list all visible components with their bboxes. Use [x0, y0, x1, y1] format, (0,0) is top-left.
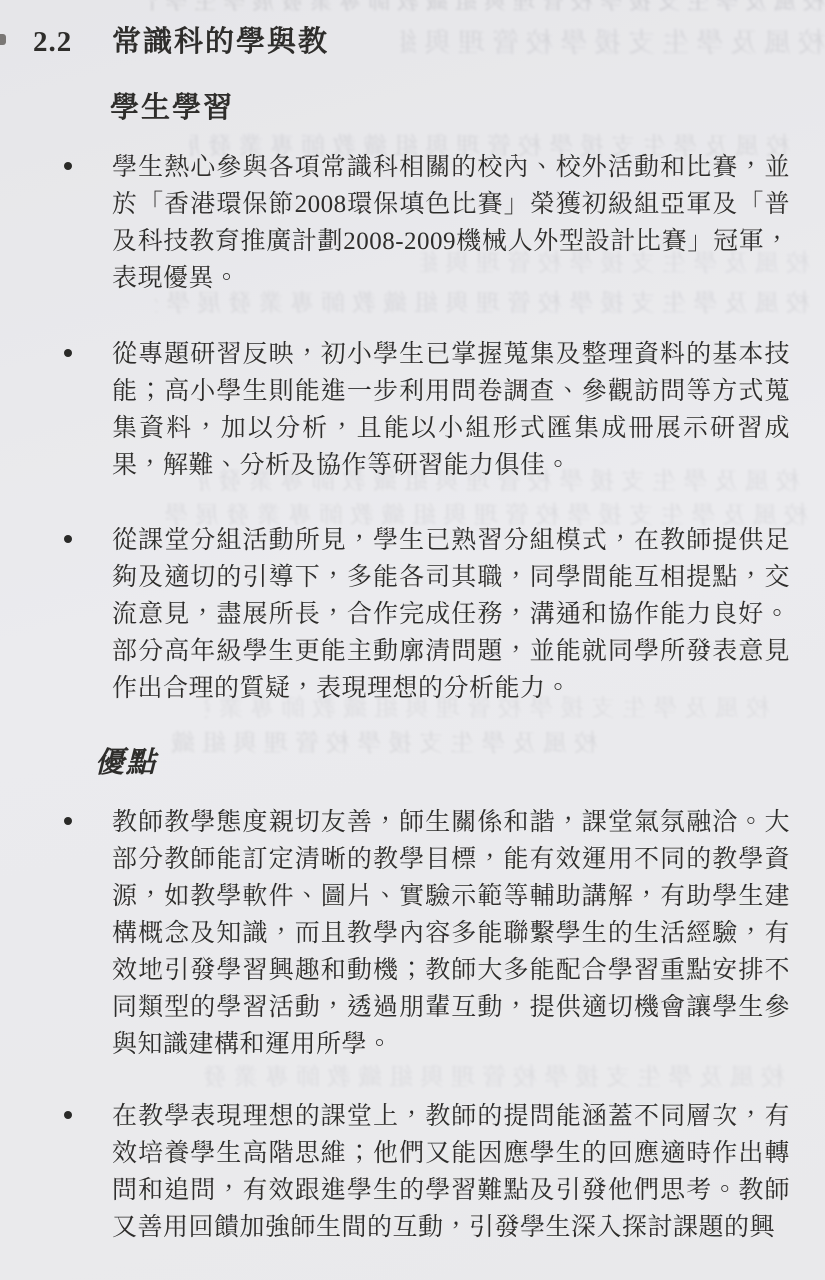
- text-line: 集資料，加以分析，且能以小組形式匯集成冊展示研習成: [112, 410, 790, 447]
- text-line: 從專題研習反映，初小學生已掌握蒐集及整理資料的基本技: [112, 336, 790, 373]
- bullet-icon: [64, 535, 72, 543]
- bullet-icon: [64, 162, 72, 170]
- scan-edge-smudge: [0, 34, 6, 45]
- subheading-student-learning: 學生學習: [110, 91, 234, 125]
- text-line: 與知識建構和運用所學。: [112, 1026, 790, 1063]
- text-line: 學生熱心參與各項常識科相關的校內、校外活動和比賽，並: [112, 149, 790, 186]
- document-page: { "page": { "background": "#e9e9eb", "te…: [0, 0, 825, 1280]
- section-title: 常識科的學與教: [112, 24, 329, 60]
- text-line: 構概念及知識，而且教學內容多能聯繫學生的生活經驗，有: [112, 915, 790, 952]
- text-line: 能；高小學生則能進一步利用問卷調查、參觀訪問等方式蒐: [112, 373, 790, 410]
- bullet-item: 從課堂分組活動所見，學生已熟習分組模式，在教師提供足夠及適切的引導下，多能各司其…: [0, 522, 825, 707]
- text-line: 效培養學生高階思維；他們又能因應學生的回應適時作出轉: [112, 1135, 790, 1172]
- bleed-through-artifact: 校風及學生支援學校管理與組織教師專業發展學生學習表現評估自我完善機制課程組織學習…: [195, 1064, 785, 1092]
- text-line: 教師教學態度親切友善，師生關係和諧，課堂氣氛融洽。大: [112, 804, 790, 841]
- text-line: 流意見，盡展所長，合作完成任務，溝通和協作能力良好。: [112, 596, 790, 633]
- bullet-icon: [64, 349, 72, 357]
- text-line: 表現優異。: [112, 260, 790, 297]
- section-number: 2.2: [33, 24, 112, 60]
- text-line: 問和追問，有效跟進學生的學習難點及引發他們思考。教師: [112, 1172, 790, 1209]
- text-line: 果，解難、分析及協作等研習能力俱佳。: [112, 447, 790, 484]
- scanned-page: 校風及學生支援學校管理與組織教師專業發展學生學習表現評估自我完善機制課程組織學習…: [0, 0, 825, 1280]
- text-line: 部分教師能訂定清晰的教學目標，能有效運用不同的教學資: [112, 841, 790, 878]
- bullet-icon: [64, 817, 72, 825]
- bullet-item: 從專題研習反映，初小學生已掌握蒐集及整理資料的基本技能；高小學生則能進一步利用問…: [0, 336, 825, 484]
- text-line: 部分高年級學生更能主動廓清問題，並能就同學所發表意見: [112, 633, 790, 670]
- text-line: 效地引發學習興趣和動機；教師大多能配合學習重點安排不: [112, 952, 790, 989]
- bullet-item: 教師教學態度親切友善，師生關係和諧，課堂氣氛融洽。大部分教師能訂定清晰的教學目標…: [0, 804, 825, 1063]
- text-line: 夠及適切的引導下，多能各司其職，同學間能互相提點，交: [112, 559, 790, 596]
- bleed-through-artifact: 校風及學生支援學校管理與組織教師專業發展學生學習表現評估自我完善機制課程組織學習…: [400, 26, 825, 60]
- bullet-text: 從專題研習反映，初小學生已掌握蒐集及整理資料的基本技能；高小學生則能進一步利用問…: [112, 336, 790, 484]
- bullet-text: 教師教學態度親切友善，師生關係和諧，課堂氣氛融洽。大部分教師能訂定清晰的教學目標…: [112, 804, 790, 1063]
- text-line: 於「香港環保節2008環保填色比賽」榮獲初級組亞軍及「普: [112, 186, 790, 223]
- text-line: 從課堂分組活動所見，學生已熟習分組模式，在教師提供足: [112, 522, 790, 559]
- bleed-through-artifact: 校風及學生支援學校管理與組織教師專業發展學生學習表現評估自我完善機制課程組織學習…: [168, 730, 598, 758]
- text-line: 在教學表現理想的課堂上，教師的提問能涵蓋不同層次，有: [112, 1098, 790, 1135]
- text-line: 源，如教學軟件、圖片、實驗示範等輔助講解，有助學生建: [112, 878, 790, 915]
- text-line: 及科技教育推廣計劃2008-2009機械人外型設計比賽」冠軍，: [112, 223, 790, 260]
- text-line: 同類型的學習活動，透過朋輩互動，提供適切機會讓學生參: [112, 989, 790, 1026]
- bullet-text: 學生熱心參與各項常識科相關的校內、校外活動和比賽，並於「香港環保節2008環保填…: [112, 149, 790, 297]
- bullet-text: 在教學表現理想的課堂上，教師的提問能涵蓋不同層次，有效培養學生高階思維；他們又能…: [112, 1098, 790, 1246]
- text-line: 又善用回饋加強師生間的互動，引發學生深入探討課題的興: [112, 1209, 790, 1246]
- bullet-item: 在教學表現理想的課堂上，教師的提問能涵蓋不同層次，有效培養學生高階思維；他們又能…: [0, 1098, 825, 1246]
- bleed-through-artifact: 校風及學生支援學校管理與組織教師專業發展學生學習表現評估自我完善機制課程組織學習…: [150, 0, 825, 16]
- text-line: 作出合理的質疑，表現理想的分析能力。: [112, 670, 790, 707]
- bullet-text: 從課堂分組活動所見，學生已熟習分組模式，在教師提供足夠及適切的引導下，多能各司其…: [112, 522, 790, 707]
- section-heading: 2.2 常識科的學與教: [33, 24, 329, 60]
- bullet-icon: [64, 1111, 72, 1119]
- bullet-item: 學生熱心參與各項常識科相關的校內、校外活動和比賽，並於「香港環保節2008環保填…: [0, 149, 825, 297]
- subheading-strengths: 優點: [95, 746, 157, 780]
